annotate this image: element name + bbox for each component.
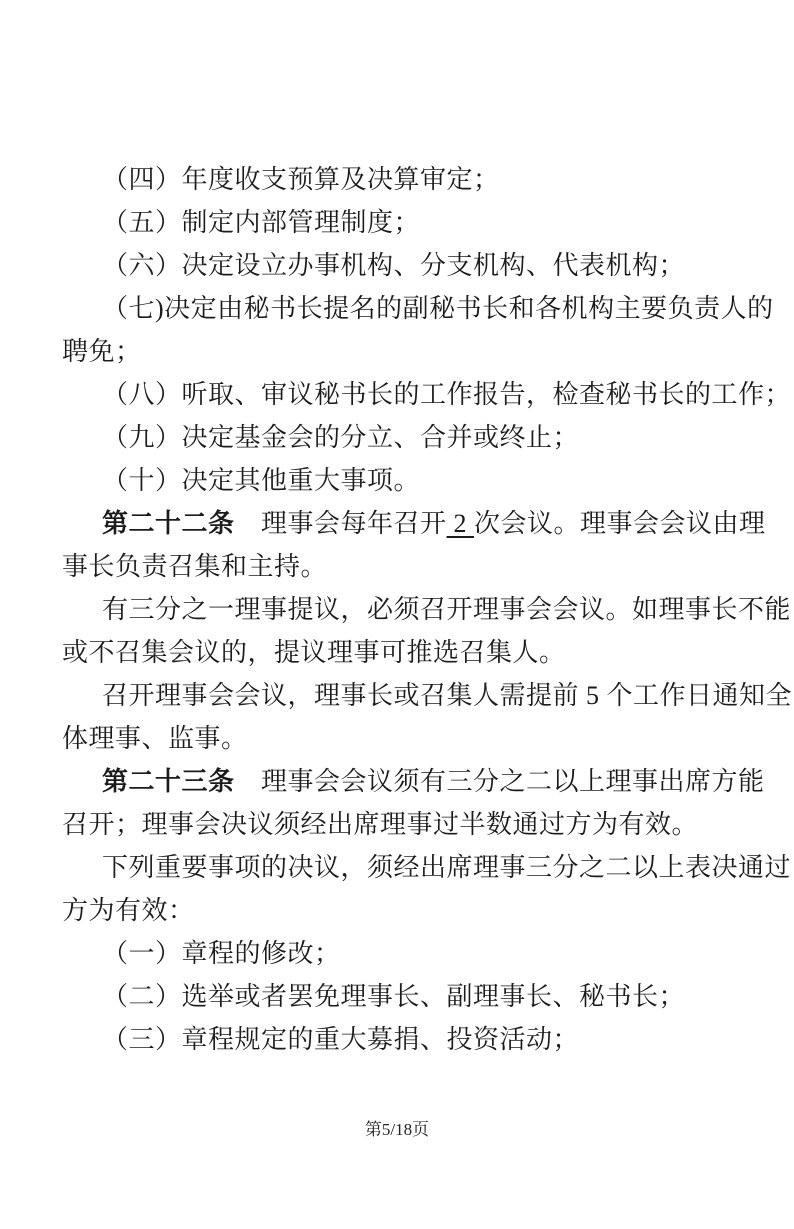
document-body: （四）年度收支预算及决算审定； （五）制定内部管理制度； （六）决定设立办事机构…: [62, 158, 734, 1061]
clause-text: 聘免；: [62, 337, 142, 366]
clause-line: （九）决定基金会的分立、合并或终止；: [62, 416, 734, 459]
paragraph-text: 体理事、监事。: [62, 724, 248, 753]
paragraph-line: 有三分之一理事提议，必须召开理事会会议。如理事长不能: [62, 588, 734, 631]
paragraph-text: 下列重要事项的决议，须经出席理事三分之二以上表决通过: [102, 853, 791, 882]
article-text: 理事会每年召开: [235, 509, 447, 538]
clause-line: （七)决定由秘书长提名的副秘书长和各机构主要负责人的: [62, 287, 734, 330]
clause-text: （九）决定基金会的分立、合并或终止；: [102, 423, 579, 452]
paragraph-text: 方为有效：: [62, 896, 195, 925]
clause-line: （二）选举或者罢免理事长、副理事长、秘书长；: [62, 975, 734, 1018]
clause-line: （一）章程的修改；: [62, 932, 734, 975]
paragraph-text: 事长负责召集和主持。: [62, 552, 327, 581]
page-number: 第5/18页: [0, 1118, 794, 1142]
paragraph-line: 下列重要事项的决议，须经出席理事三分之二以上表决通过: [62, 846, 734, 889]
paragraph-continuation-line: 方为有效：: [62, 889, 734, 932]
paragraph-text: 或不召集会议的，提议理事可推选召集人。: [62, 638, 566, 667]
clause-line: （三）章程规定的重大募捐、投资活动；: [62, 1018, 734, 1061]
article-23-line: 第二十三条 理事会会议须有三分之二以上理事出席方能: [62, 760, 734, 803]
paragraph-continuation-line: 或不召集会议的，提议理事可推选召集人。: [62, 631, 734, 674]
clause-line: （十）决定其他重大事项。: [62, 459, 734, 502]
clause-line: （六）决定设立办事机构、分支机构、代表机构；: [62, 244, 734, 287]
article-22-line: 第二十二条 理事会每年召开 2 次会议。理事会会议由理: [62, 502, 734, 545]
clause-text: （七)决定由秘书长提名的副秘书长和各机构主要负责人的: [102, 294, 774, 323]
clause-text: （四）年度收支预算及决算审定；: [102, 165, 500, 194]
paragraph-continuation-line: 召开；理事会决议须经出席理事过半数通过方为有效。: [62, 803, 734, 846]
filled-blank-value: 2: [447, 509, 475, 538]
document-page: （四）年度收支预算及决算审定； （五）制定内部管理制度； （六）决定设立办事机构…: [0, 0, 794, 1229]
clause-text: （三）章程规定的重大募捐、投资活动；: [102, 1025, 579, 1054]
paragraph-text: 召开理事会会议，理事长或召集人需提前 5 个工作日通知全: [102, 681, 792, 710]
paragraph-continuation-line: 体理事、监事。: [62, 717, 734, 760]
clause-text: （一）章程的修改；: [102, 939, 341, 968]
article-text: 理事会会议须有三分之二以上理事出席方能: [235, 767, 765, 796]
paragraph-continuation-line: 事长负责召集和主持。: [62, 545, 734, 588]
article-number: 第二十二条: [102, 509, 235, 538]
paragraph-line: 召开理事会会议，理事长或召集人需提前 5 个工作日通知全: [62, 674, 734, 717]
clause-line: （五）制定内部管理制度；: [62, 201, 734, 244]
clause-text: （二）选举或者罢免理事长、副理事长、秘书长；: [102, 982, 685, 1011]
clause-continuation-line: 聘免；: [62, 330, 734, 373]
article-number: 第二十三条: [102, 767, 235, 796]
clause-line: （八）听取、审议秘书长的工作报告，检查秘书长的工作；: [62, 373, 734, 416]
clause-text: （五）制定内部管理制度；: [102, 208, 420, 237]
article-text: 次会议。理事会会议由理: [474, 509, 766, 538]
paragraph-text: 召开；理事会决议须经出席理事过半数通过方为有效。: [62, 810, 698, 839]
clause-text: （六）决定设立办事机构、分支机构、代表机构；: [102, 251, 685, 280]
clause-text: （八）听取、审议秘书长的工作报告，检查秘书长的工作；: [102, 380, 791, 409]
paragraph-text: 有三分之一理事提议，必须召开理事会会议。如理事长不能: [102, 595, 791, 624]
clause-line: （四）年度收支预算及决算审定；: [62, 158, 734, 201]
clause-text: （十）决定其他重大事项。: [102, 466, 420, 495]
